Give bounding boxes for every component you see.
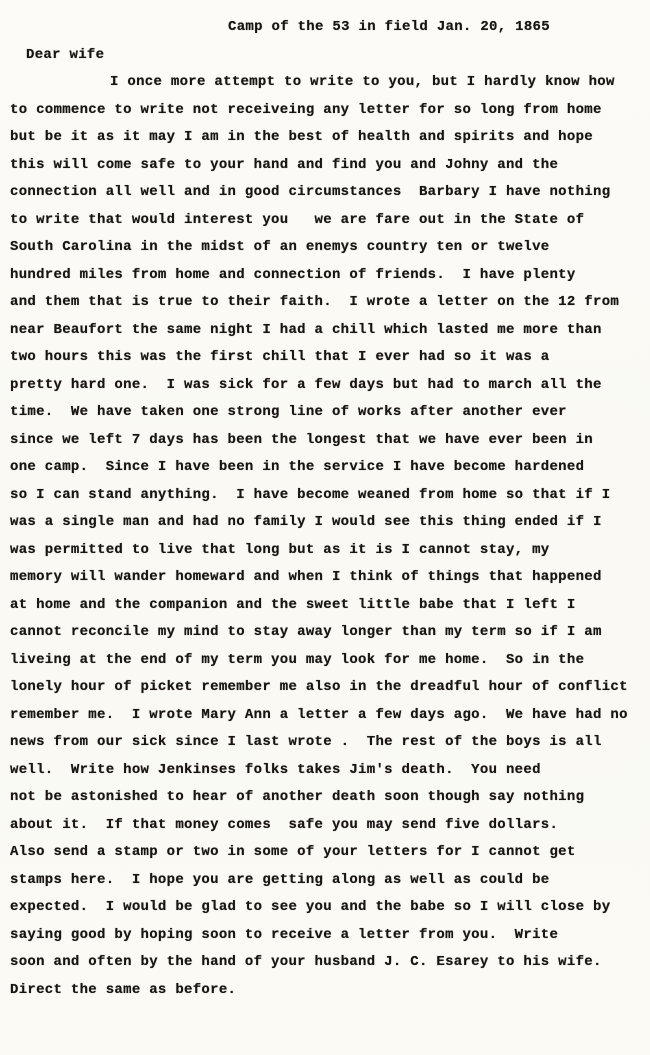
letter-line: expected. I would be glad to see you and… [10,894,642,922]
letter-line: I once more attempt to write to you, but… [10,69,642,97]
letter-line: and them that is true to their faith. I … [10,289,642,317]
letter-line: not be astonished to hear of another dea… [10,784,642,812]
letter-line: remember me. I wrote Mary Ann a letter a… [10,702,642,730]
letter-line: to commence to write not receiveing any … [10,97,642,125]
letter-line: was a single man and had no family I wou… [10,509,642,537]
letter-line: soon and often by the hand of your husba… [10,949,642,977]
letter-line: to write that would interest you we are … [10,207,642,235]
letter-line: about it. If that money comes safe you m… [10,812,642,840]
letter-line: stamps here. I hope you are getting alon… [10,867,642,895]
letter-body: I once more attempt to write to you, but… [10,69,642,1004]
letter-line: lonely hour of picket remember me also i… [10,674,642,702]
letter-line: was permitted to live that long but as i… [10,537,642,565]
letter-line: at home and the companion and the sweet … [10,592,642,620]
letter-line: but be it as it may I am in the best of … [10,124,642,152]
letter-line: since we left 7 days has been the longes… [10,427,642,455]
letter-line: Direct the same as before. [10,977,642,1005]
letter-line: time. We have taken one strong line of w… [10,399,642,427]
letter-line: South Carolina in the midst of an enemys… [10,234,642,262]
letter-page: Camp of the 53 in field Jan. 20, 1865 De… [0,0,650,1055]
letter-line: hundred miles from home and connection o… [10,262,642,290]
letter-line: two hours this was the first chill that … [10,344,642,372]
letter-line: pretty hard one. I was sick for a few da… [10,372,642,400]
letter-line: cannot reconcile my mind to stay away lo… [10,619,642,647]
letter-line: this will come safe to your hand and fin… [10,152,642,180]
letter-line: near Beaufort the same night I had a chi… [10,317,642,345]
letter-line: memory will wander homeward and when I t… [10,564,642,592]
letter-line: one camp. Since I have been in the servi… [10,454,642,482]
letter-line: connection all well and in good circumst… [10,179,642,207]
letter-line: liveing at the end of my term you may lo… [10,647,642,675]
letter-salutation: Dear wife [10,42,642,70]
letter-dateline: Camp of the 53 in field Jan. 20, 1865 [10,14,642,42]
letter-line: Also send a stamp or two in some of your… [10,839,642,867]
letter-line: news from our sick since I last wrote . … [10,729,642,757]
letter-line: so I can stand anything. I have become w… [10,482,642,510]
letter-line: saying good by hoping soon to receive a … [10,922,642,950]
letter-line: well. Write how Jenkinses folks takes Ji… [10,757,642,785]
